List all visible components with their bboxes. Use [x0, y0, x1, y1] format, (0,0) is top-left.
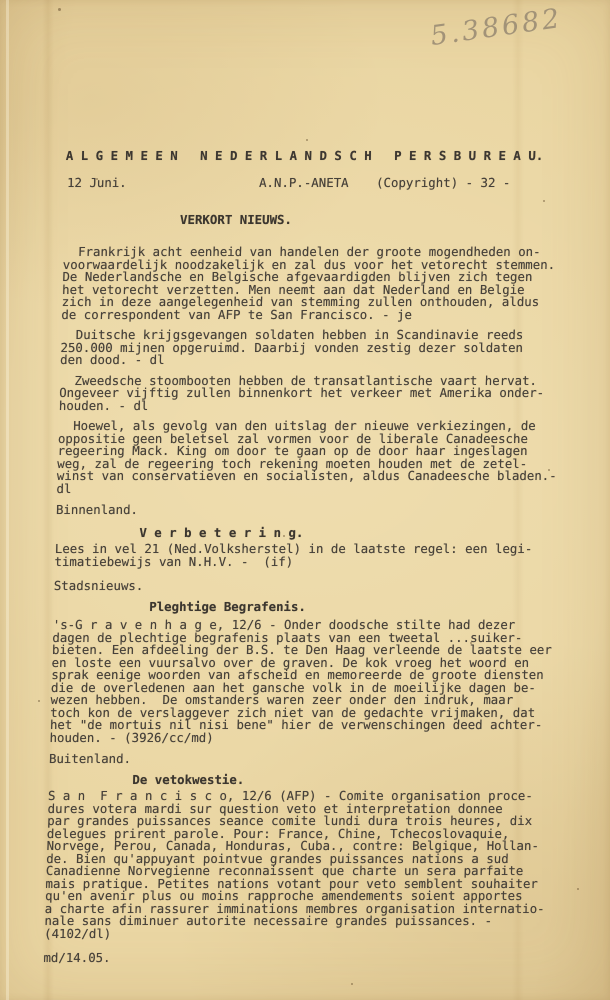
agency-masthead: A L G E M E E N N E D E R L A N D S C H …	[66, 150, 580, 163]
paper-speck	[306, 139, 308, 141]
typewritten-content: A L G E M E E N N E D E R L A N D S C H …	[43, 150, 580, 965]
issue-date: 12 Juni.	[67, 177, 127, 190]
section-label-stadsnieuws: Stadsnieuws.	[54, 580, 568, 593]
news-item-zweedsche-stoombooten: Zweedsche stoombooten hebben de transatl…	[59, 375, 574, 413]
article-begrafenis: 's-G r a v e n h a g e, 12/6 - Onder doo…	[49, 619, 566, 744]
correction-text: Lees in vel 21 (Ned.Volksherstel) in de …	[54, 543, 569, 568]
heading-vetokwestie: De vetokwestie.	[132, 774, 562, 787]
paper-speck	[38, 700, 40, 702]
agency-name: A.N.P.-ANETA	[259, 177, 349, 190]
section-label-buitenland: Buitenland.	[49, 753, 563, 766]
paper-edge-highlight	[6, 0, 9, 1000]
article-vetokwestie: S a n F r a n c i s c o, 12/6 (AFP) - Co…	[44, 790, 562, 940]
heading-plechtige-begrafenis: Pleghtige Begrafenis.	[149, 601, 567, 614]
section-label-binnenland: Binnenland.	[56, 504, 570, 517]
scanned-document-page: 5.38682 A L G E M E E N N E D E R L A N …	[0, 0, 610, 1000]
handwritten-archive-number: 5.38682	[428, 3, 564, 52]
dateline-row: 12 Juni. A.N.P.-ANETA (Copyright) - 32 -	[65, 177, 579, 190]
heading-verbetering: V e r b e t e r i n g.	[139, 527, 569, 540]
paper-speck	[577, 888, 579, 890]
news-item-duitsche-krijgsgevangenen: Duitsche krijgsgevangen soldaten hebben …	[60, 329, 575, 367]
typist-time-mark: md/14.05.	[43, 952, 557, 965]
copyright-issue-number: (Copyright) - 32 -	[376, 177, 511, 190]
news-item-veto-frankrijk: Frankrijk acht eenheid van handelen der …	[61, 246, 577, 321]
paper-speck	[351, 983, 353, 985]
news-item-canadeesche-verkiezingen: Hoewel, als gevolg van den uitslag der n…	[56, 420, 572, 495]
section-heading-verkort-nieuws: VERKORT NIEUWS.	[180, 214, 578, 227]
paper-speck	[58, 8, 61, 11]
